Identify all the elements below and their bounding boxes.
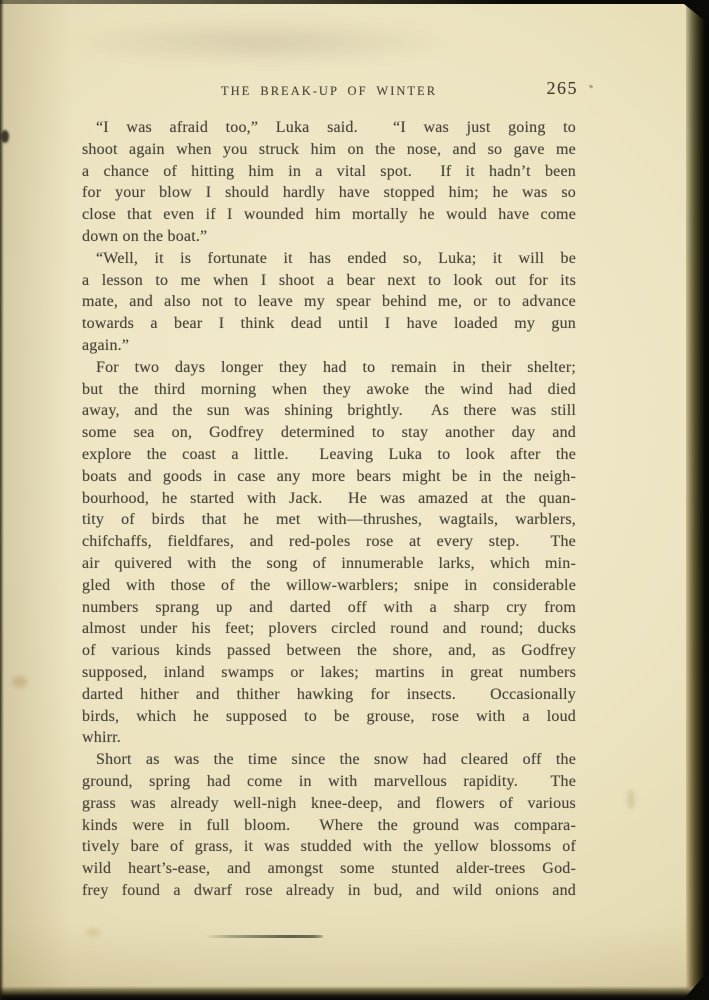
paragraph: For two days longer they had to remain i… — [82, 357, 576, 749]
text-line: almost under his feet; plovers circled r… — [82, 618, 576, 640]
paper-stain — [86, 928, 100, 937]
text-line: tity of birds that he met with—thrushes,… — [82, 509, 576, 531]
text-line: darted hither and thither hawking for in… — [82, 684, 576, 706]
text-line: but the third morning when they awoke th… — [82, 379, 576, 401]
text-line: “Well, it is fortunate it has ended so, … — [82, 248, 576, 270]
page-text: “I was afraid too,” Luka said. “I was ju… — [82, 117, 576, 902]
paper-stain — [627, 790, 635, 809]
paragraph: Short as was the time since the snow had… — [82, 749, 576, 902]
text-line: supposed, inland swamps or lakes; martin… — [82, 662, 576, 684]
book-edge-bottom — [0, 986, 709, 1000]
page-left-shading — [0, 0, 72, 1000]
text-line: towards a bear I think dead until I have… — [82, 313, 576, 335]
text-line: down on the boat.” — [82, 226, 576, 248]
text-line: kinds were in full bloom. Where the grou… — [82, 815, 576, 837]
text-line: mate, and also not to leave my spear beh… — [82, 291, 576, 313]
text-line: for your blow I should hardly have stopp… — [82, 182, 576, 204]
text-line: chifchaffs, fieldfares, and red-poles ro… — [82, 531, 576, 553]
separator-rule — [205, 935, 323, 938]
text-line: again.” — [82, 335, 576, 357]
text-line: bourhood, he started with Jack. He was a… — [82, 488, 576, 510]
book-page: THE BREAK-UP OF WINTER 265 “I was afraid… — [0, 0, 709, 1000]
text-line: grass was already well-nigh knee-deep, a… — [82, 793, 576, 815]
text-line: a chance of hitting him in a vital spot.… — [82, 161, 576, 183]
book-edge-top — [0, 0, 709, 4]
text-line: explore the coast a little. Leaving Luka… — [82, 444, 576, 466]
text-line: air quivered with the song of innumerabl… — [82, 553, 576, 575]
text-line: shoot again when you struck him on the n… — [82, 139, 576, 161]
page-stack-edge-tint — [686, 0, 709, 1000]
text-line: birds, which he supposed to be grouse, r… — [82, 706, 576, 728]
running-title: THE BREAK-UP OF WINTER — [221, 84, 437, 99]
book-edge-left — [0, 0, 4, 1000]
paragraph: “I was afraid too,” Luka said. “I was ju… — [82, 117, 576, 248]
ink-speck — [589, 84, 594, 89]
book-scan: THE BREAK-UP OF WINTER 265 “I was afraid… — [0, 0, 709, 1000]
paragraph: “Well, it is fortunate it has ended so, … — [82, 248, 576, 357]
page-number: 265 — [547, 78, 579, 99]
text-line: away, and the sun was shining brightly. … — [82, 400, 576, 422]
text-line: close that even if I wounded him mortall… — [82, 204, 576, 226]
text-line: some sea on, Godfrey determined to stay … — [82, 422, 576, 444]
text-line: frey found a dwarf rose already in bud, … — [82, 880, 576, 902]
text-line: For two days longer they had to remain i… — [82, 357, 576, 379]
text-line: whirr. — [82, 727, 576, 749]
text-line: numbers sprang up and darted off with a … — [82, 597, 576, 619]
text-line: “I was afraid too,” Luka said. “I was ju… — [82, 117, 576, 139]
page-bottom-shading — [0, 923, 709, 987]
scan-shadow-band — [62, 18, 462, 66]
text-line: boats and goods in case any more bears m… — [82, 466, 576, 488]
text-line: ground, spring had come in with marvello… — [82, 771, 576, 793]
text-line: a lesson to me when I shoot a bear next … — [82, 270, 576, 292]
text-line: wild heart’s-ease, and amongst some stun… — [82, 858, 576, 880]
text-line: Short as was the time since the snow had… — [82, 749, 576, 771]
text-line: of various kinds passed between the shor… — [82, 640, 576, 662]
text-line: tively bare of grass, it was studded wit… — [82, 836, 576, 858]
paper-stain — [12, 676, 27, 688]
text-line: gled with those of the willow-warblers; … — [82, 575, 576, 597]
